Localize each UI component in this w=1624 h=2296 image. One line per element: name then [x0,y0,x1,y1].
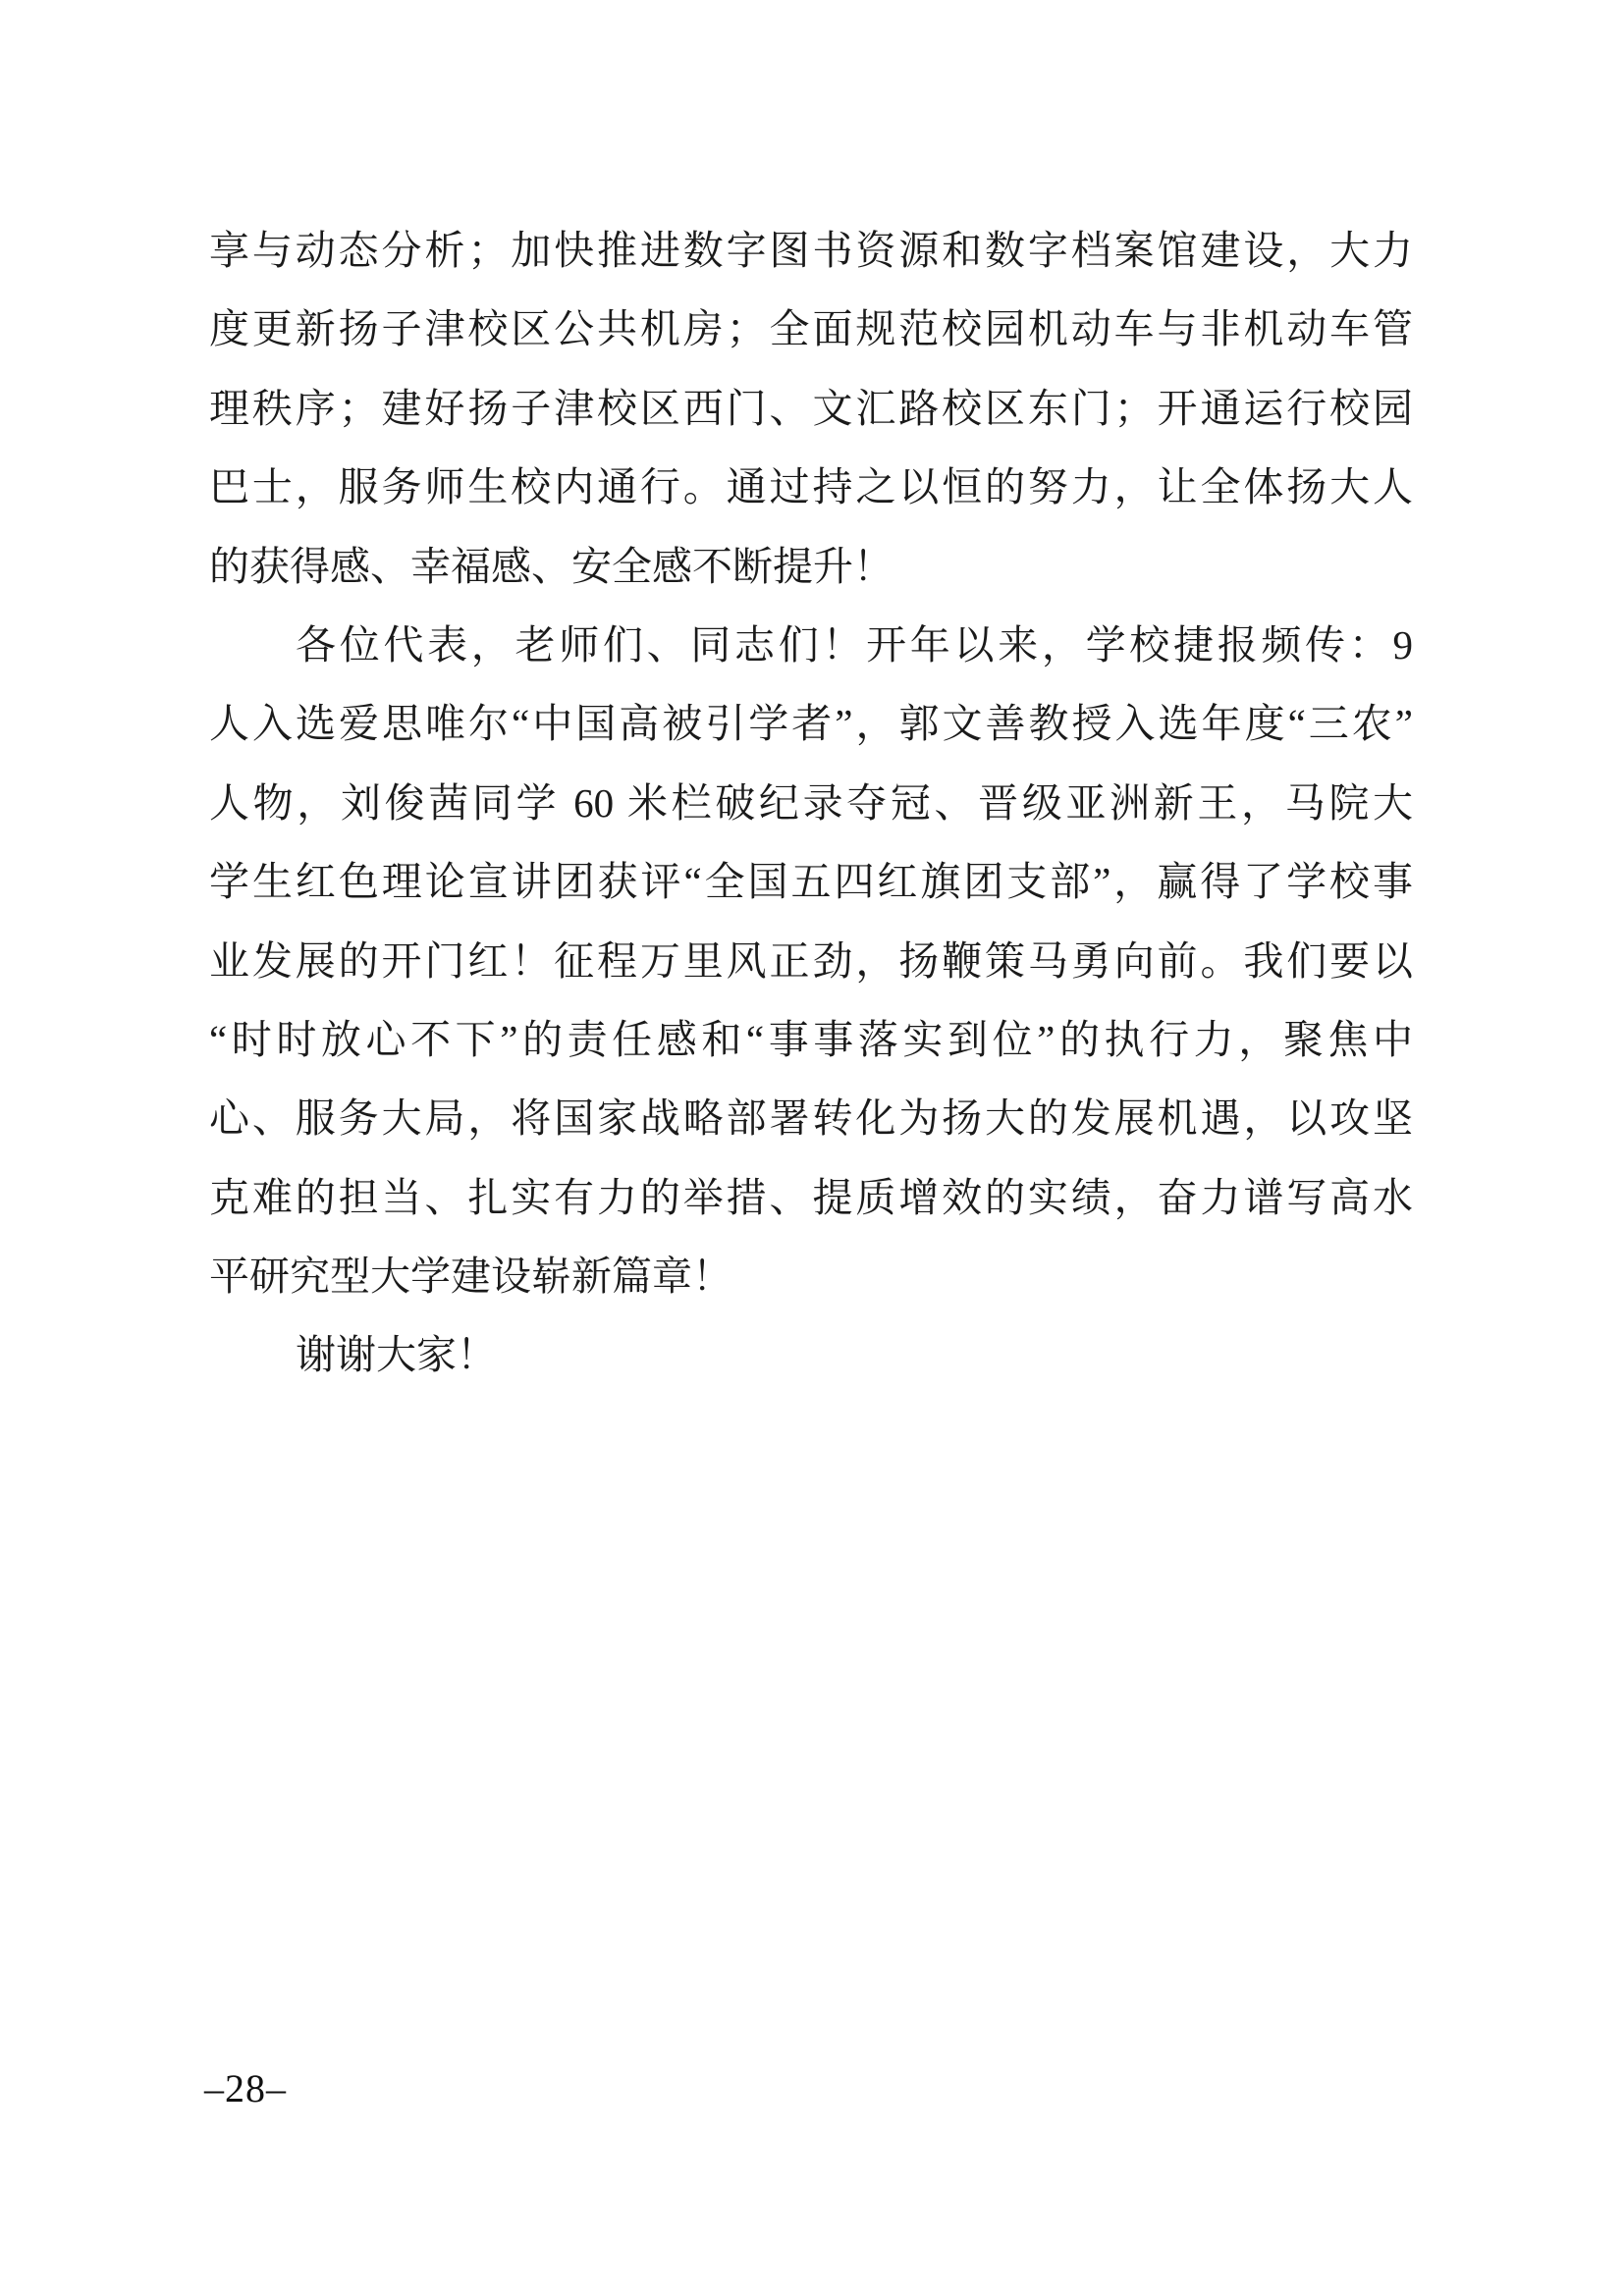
text-line: 度更新扬子津校区公共机房；全面规范校园机动车与非机动车管 [209,290,1413,368]
text-line: 享与动态分析；加快推进数字图书资源和数字档案馆建设，大力 [209,211,1413,290]
text-line: 心、服务大局，将国家战略部署转化为扬大的发展机遇，以攻坚 [209,1079,1413,1157]
text-line: 克难的担当、扎实有力的举措、提质增效的实绩，奋力谱写高水 [209,1158,1413,1237]
text-line: “时时放心不下”的责任感和“事事落实到位”的执行力，聚焦中 [209,1000,1413,1079]
document-page: 享与动态分析；加快推进数字图书资源和数字档案馆建设，大力 度更新扬子津校区公共机… [0,0,1624,2296]
text-line: 巴士，服务师生校内通行。通过持之以恒的努力，让全体扬大人 [209,448,1413,526]
text-line: 业发展的开门红！征程万里风正劲，扬鞭策马勇向前。我们要以 [209,922,1413,1000]
text-line: 学生红色理论宣讲团获评“全国五四红旗团支部”，赢得了学校事 [209,842,1413,921]
text-line: 谢谢大家！ [209,1315,1413,1394]
text-line: 人物，刘俊茜同学 60 米栏破纪录夺冠、晋级亚洲新王，马院大 [209,764,1413,842]
text-line: 各位代表，老师们、同志们！开年以来，学校捷报频传：9 [209,606,1413,684]
text-line: 理秩序；建好扬子津校区西门、文汇路校区东门；开通运行校园 [209,369,1413,448]
document-body: 享与动态分析；加快推进数字图书资源和数字档案馆建设，大力 度更新扬子津校区公共机… [209,211,1413,1395]
text-line: 平研究型大学建设崭新篇章！ [209,1237,1413,1315]
text-line: 的获得感、幸福感、安全感不断提升！ [209,527,1413,606]
text-line: 人入选爱思唯尔“中国高被引学者”，郭文善教授入选年度“三农” [209,684,1413,763]
page-number: –28– [204,2067,287,2110]
